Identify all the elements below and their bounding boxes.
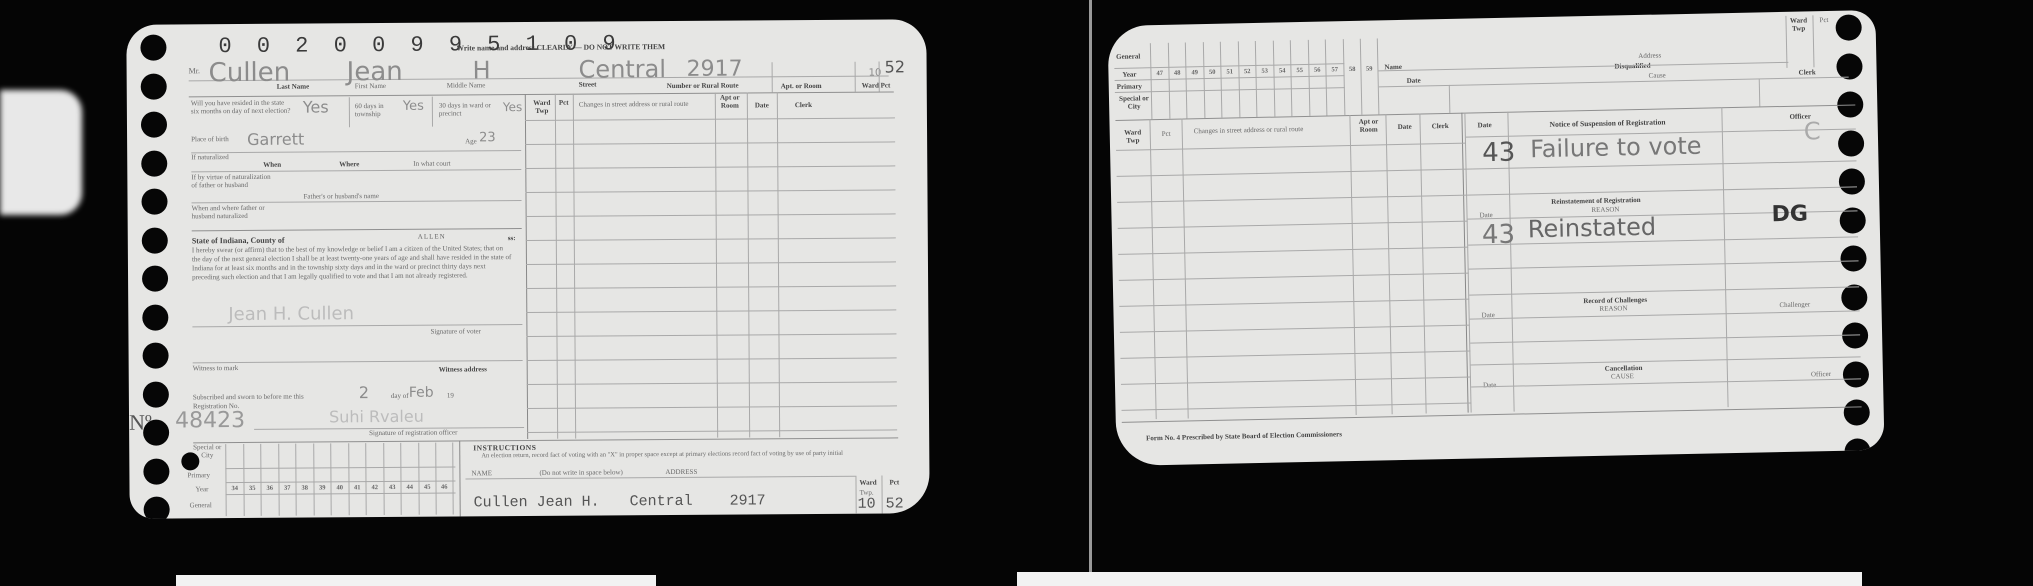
row-general: General bbox=[1116, 53, 1140, 61]
punch-hole-icon bbox=[1844, 438, 1871, 465]
ward-answer: Yes bbox=[503, 100, 522, 114]
row-primary: Primary bbox=[1117, 83, 1142, 91]
registration-card-front: 0 0 2 0 0 9 9 5 1 0 9 Write name and add… bbox=[126, 19, 929, 519]
year-cell: 48 bbox=[1167, 42, 1186, 118]
typed-number: 2917 bbox=[730, 492, 766, 509]
where-label: Where bbox=[339, 161, 359, 169]
year-cell: 38 bbox=[295, 444, 313, 516]
year-cell: 44 bbox=[400, 443, 418, 515]
year-cell: 59 bbox=[1360, 38, 1379, 114]
suspension-reason-value: Failure to vote bbox=[1530, 132, 1702, 164]
col-changes: Changes in street address or rural route bbox=[1194, 126, 1304, 136]
suspension-date-label: Date bbox=[1478, 122, 1492, 130]
year-cell: 43 bbox=[383, 443, 401, 515]
day-value: 2 bbox=[359, 383, 369, 402]
township-question: 60 days in township bbox=[355, 103, 405, 119]
col-apt: Apt or Room bbox=[1353, 118, 1383, 134]
year-cell: 45 bbox=[418, 443, 436, 515]
middle-name-value: H bbox=[473, 56, 491, 84]
col-date: Date bbox=[1398, 124, 1412, 132]
voter-signature: Jean H. Cullen bbox=[228, 303, 354, 325]
year-cell: 56 bbox=[1307, 40, 1326, 116]
punch-hole-icon bbox=[141, 150, 167, 176]
punch-hole-icon bbox=[142, 304, 168, 330]
number-sign: Nº bbox=[129, 411, 152, 435]
naturalized-label: If naturalized bbox=[191, 154, 241, 162]
residence-question: Will you have resided in the state six m… bbox=[191, 100, 291, 116]
punch-hole-icon bbox=[1843, 399, 1870, 426]
punch-hole-icon bbox=[141, 189, 167, 215]
street-label: Street bbox=[579, 82, 597, 90]
year-cell: 46 bbox=[435, 443, 453, 515]
row-special-city: Special or City bbox=[189, 444, 225, 460]
row-general: General bbox=[190, 502, 212, 510]
row-primary: Primary bbox=[187, 472, 210, 480]
scan-divider bbox=[1089, 0, 1092, 586]
cancellation-officer-label: Officer bbox=[1811, 371, 1831, 379]
year-cell: 39 bbox=[313, 443, 331, 515]
year-cell: 54 bbox=[1272, 40, 1291, 116]
ward-question: 30 days in ward or precinct bbox=[439, 102, 507, 118]
transfer-clerk-label: Clerk bbox=[1799, 69, 1816, 77]
county-value: ALLEN bbox=[418, 234, 446, 242]
col-changes: Changes in street address or rural route bbox=[579, 101, 689, 109]
punch-hole-icon bbox=[140, 35, 166, 61]
blurred-object bbox=[0, 90, 82, 215]
year-cell: 36 bbox=[260, 444, 278, 516]
col-pct: Pct bbox=[559, 100, 569, 108]
salutation: Mr. bbox=[189, 67, 200, 76]
year-cell: 53 bbox=[1255, 41, 1274, 117]
form-footer: Form No. 4 Prescribed by State Board of … bbox=[1146, 431, 1342, 443]
birth-label: Place of birth bbox=[191, 136, 231, 144]
year-cell: 52 bbox=[1237, 41, 1256, 117]
month-value: Feb bbox=[409, 385, 434, 401]
cause-label: Cause bbox=[1649, 72, 1666, 80]
transfer-pct-label: Pct bbox=[1819, 17, 1828, 25]
instructions-text: An election return, record fact of votin… bbox=[481, 449, 901, 459]
subscribed-label: Subscribed and sworn to before me this bbox=[193, 394, 304, 402]
punch-hole-icon bbox=[1835, 14, 1862, 41]
year-cell: 47 bbox=[1150, 43, 1169, 119]
col-pct: Pct bbox=[1162, 131, 1171, 139]
paper-strip-left bbox=[176, 575, 656, 586]
col-clerk: Clerk bbox=[795, 102, 812, 110]
when-label: When bbox=[263, 162, 281, 170]
suspension-officer-value: C bbox=[1804, 117, 1821, 145]
row-year: Year bbox=[196, 486, 209, 494]
virtue-label: If by virtue of naturalization of father… bbox=[191, 174, 275, 190]
paper-strip-right bbox=[1017, 572, 1862, 586]
age-label: Age bbox=[465, 138, 477, 146]
transfer-date-label: Date bbox=[1407, 78, 1421, 86]
day-of-label: day of bbox=[391, 393, 409, 401]
punch-hole-icon bbox=[141, 112, 167, 138]
reinstatement-officer-value: DG bbox=[1771, 201, 1808, 227]
registration-number: 48423 bbox=[175, 408, 245, 433]
col-ward-twp: Ward Twp bbox=[1122, 129, 1144, 145]
typed-name: Cullen Jean H. bbox=[474, 494, 600, 512]
punch-holes bbox=[140, 35, 169, 519]
court-label: In what court bbox=[413, 161, 450, 169]
oath-text: I hereby swear (or affirm) that to the b… bbox=[192, 244, 512, 282]
address-label: ADDRESS bbox=[665, 469, 697, 477]
year-cell: 40 bbox=[330, 443, 348, 515]
year-cell: 57 bbox=[1325, 39, 1344, 115]
father-name-label: Father's or husband's name bbox=[303, 193, 378, 201]
col-clerk: Clerk bbox=[1432, 123, 1449, 131]
reinstatement-date-value: 43 bbox=[1482, 220, 1516, 251]
year-cell: 51 bbox=[1220, 41, 1239, 117]
ward-label: Ward bbox=[859, 480, 876, 488]
township-answer: Yes bbox=[403, 99, 424, 114]
col-ward-twp: Ward Twp bbox=[531, 100, 553, 116]
col-apt: Apt or Room bbox=[719, 95, 741, 111]
punch-hole-icon bbox=[143, 381, 169, 407]
suspension-title: Notice of Suspension of Registration bbox=[1550, 118, 1666, 129]
year-cell: 50 bbox=[1202, 42, 1221, 118]
apt-label: Apt. or Room bbox=[781, 83, 822, 91]
punch-hole-icon bbox=[144, 497, 170, 519]
year-cell: 34 bbox=[225, 444, 243, 516]
when-where-label: When and where father or husband natural… bbox=[192, 205, 276, 221]
registration-card-back: General Year Primary Special or City 47 … bbox=[1107, 10, 1884, 466]
typed-street: Central bbox=[630, 493, 693, 510]
suspension-date-value: 43 bbox=[1482, 138, 1516, 169]
do-not-write-label: (Do not write in space below) bbox=[539, 469, 622, 477]
cancellation-cause-label: CAUSE bbox=[1611, 373, 1634, 381]
typed-ward: 10 bbox=[858, 496, 876, 513]
street-value: Central bbox=[579, 55, 667, 84]
row-special-city: Special or City bbox=[1119, 95, 1149, 111]
punch-hole-icon bbox=[1838, 130, 1865, 157]
number-label: Number or Rural Route bbox=[667, 83, 739, 91]
officer-signature: Suhi Rvaleu bbox=[329, 407, 424, 427]
punch-hole-icon bbox=[141, 73, 167, 99]
pct-label: Pct bbox=[889, 479, 899, 487]
punch-hole-icon bbox=[1843, 361, 1870, 388]
residence-answer: Yes bbox=[303, 97, 329, 116]
year-cell: 55 bbox=[1290, 40, 1309, 116]
punch-hole-icon bbox=[1839, 168, 1866, 195]
punch-hole-icon bbox=[142, 227, 168, 253]
punch-holes bbox=[1835, 14, 1870, 464]
row-year: Year bbox=[1122, 71, 1136, 79]
punch-hole-icon bbox=[1836, 53, 1863, 80]
ss-label: ss: bbox=[508, 235, 516, 243]
challenges-reason-label: REASON bbox=[1599, 305, 1627, 313]
witness-address-label: Witness address bbox=[439, 366, 487, 374]
year-cell: 42 bbox=[365, 443, 383, 515]
transfer-ward-twp-label: Ward Twp bbox=[1787, 17, 1809, 33]
back-year-grid: 47 48 49 50 51 52 53 54 55 56 57 58 59 bbox=[1150, 38, 1379, 119]
punch-hole-icon bbox=[142, 266, 168, 292]
transfer-address-label: Address bbox=[1638, 53, 1661, 61]
name-label: NAME bbox=[471, 470, 492, 478]
punch-hole-icon bbox=[143, 343, 169, 369]
front-year-grid: 34 35 36 37 38 39 40 41 42 43 44 45 46 bbox=[225, 443, 453, 517]
punch-hole-icon bbox=[143, 458, 169, 484]
typed-pct: 52 bbox=[886, 495, 904, 512]
ward-pct-label: Ward Pct bbox=[862, 82, 891, 90]
punch-hole-icon bbox=[1840, 245, 1867, 272]
reinstatement-reason-value: Reinstated bbox=[1528, 213, 1657, 244]
punch-hole-icon bbox=[1841, 284, 1868, 311]
witness-label: Witness to mark bbox=[193, 365, 239, 373]
age-value: 23 bbox=[479, 130, 496, 145]
col-date: Date bbox=[755, 102, 769, 110]
pct-value: 52 bbox=[885, 57, 905, 76]
year-cell: 41 bbox=[348, 443, 366, 515]
middle-name-label: Middle Name bbox=[447, 82, 486, 90]
year-cell: 37 bbox=[278, 444, 296, 516]
year-cell: 49 bbox=[1185, 42, 1204, 118]
year-suffix: 19 bbox=[447, 393, 454, 401]
header-instruction: Write name and address CLEARLY — DO NOT … bbox=[456, 43, 665, 53]
last-name-label: Last Name bbox=[277, 84, 310, 92]
challenger-label: Challenger bbox=[1779, 301, 1810, 309]
state-county-label: State of Indiana, County of bbox=[192, 237, 285, 246]
first-name-label: First Name bbox=[355, 83, 386, 91]
officer-signature-label: Signature of registration officer bbox=[369, 429, 457, 437]
birth-value: Garrett bbox=[247, 130, 304, 149]
signature-of-voter-label: Signature of voter bbox=[430, 328, 481, 336]
number-value: 2917 bbox=[687, 56, 743, 81]
year-cell: 58 bbox=[1342, 39, 1361, 115]
year-cell: 35 bbox=[243, 444, 261, 516]
